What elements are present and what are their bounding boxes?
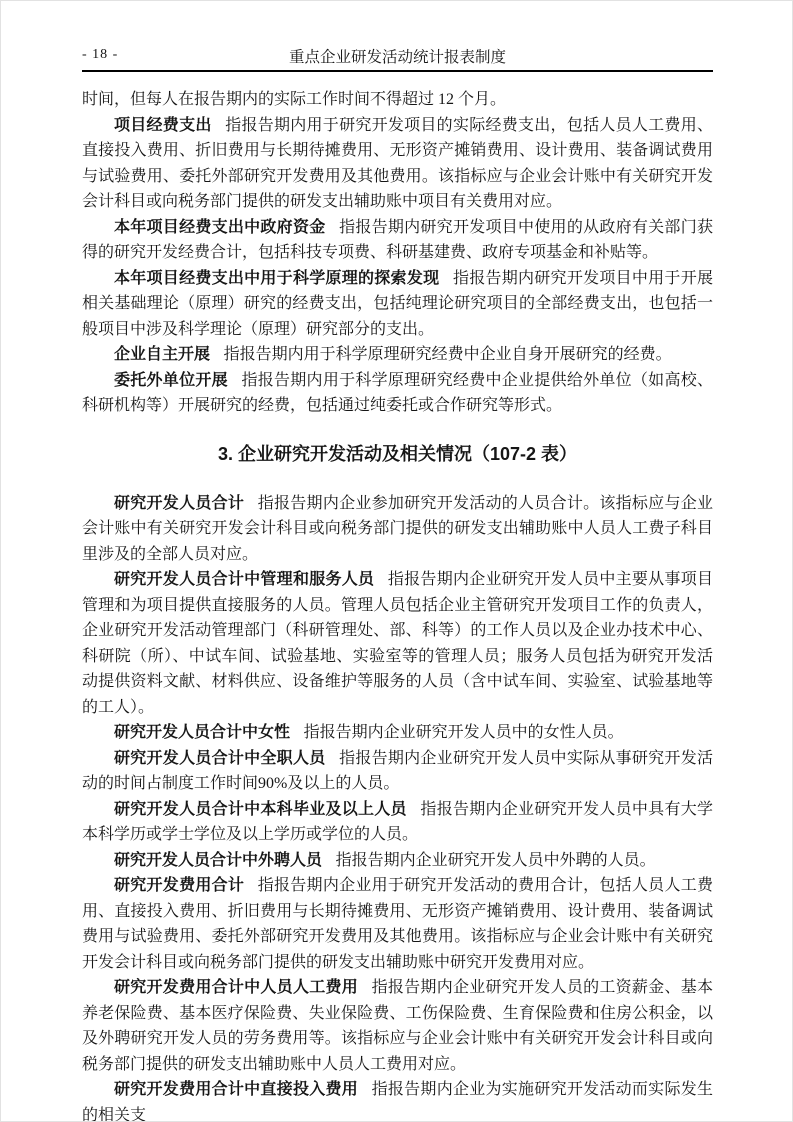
- term-label: 企业自主开展: [114, 346, 210, 363]
- term-label: 本年项目经费支出中用于科学原理的探索发现: [114, 270, 439, 287]
- term-label: 研究开发人员合计中外聘人员: [114, 852, 322, 869]
- term-label: 研究开发人员合计中本科毕业及以上人员: [114, 801, 407, 818]
- term-label: 研究开发人员合计中女性: [114, 724, 290, 741]
- section-heading: 3. 企业研究开发活动及相关情况（107-2 表）: [82, 442, 713, 466]
- definition-text: 时间，但每人在报告期内的实际工作时间不得超过 12 个月。: [82, 91, 506, 108]
- document-page: - 18 - 重点企业研发活动统计报表制度 时间，但每人在报告期内的实际工作时间…: [0, 0, 793, 1122]
- term-label: 委托外单位开展: [114, 372, 228, 389]
- definition-paragraph: 研究开发费用合计中人员人工费用指报告期内企业研究开发人员的工资薪金、基本养老保险…: [82, 975, 713, 1077]
- continuation-paragraph: 时间，但每人在报告期内的实际工作时间不得超过 12 个月。: [82, 87, 713, 113]
- definition-text: 指报告期内企业研究开发人员中主要从事项目管理和为项目提供直接服务的人员。管理人员…: [82, 571, 713, 716]
- definition-paragraph: 研究开发费用合计指报告期内企业用于研究开发活动的费用合计，包括人员人工费用、直接…: [82, 873, 713, 975]
- definition-paragraph: 研究开发人员合计中本科毕业及以上人员指报告期内企业研究开发人员中具有大学本科学历…: [82, 797, 713, 848]
- term-label: 研究开发费用合计中直接投入费用: [114, 1081, 358, 1098]
- definition-paragraph: 项目经费支出指报告期内用于研究开发项目的实际经费支出，包括人员人工费用、直接投入…: [82, 113, 713, 215]
- definition-paragraph: 委托外单位开展指报告期内用于科学原理研究经费中企业提供给外单位（如高校、科研机构…: [82, 368, 713, 419]
- term-label: 本年项目经费支出中政府资金: [114, 219, 325, 236]
- term-label: 研究开发人员合计中全职人员: [114, 750, 325, 767]
- term-label: 研究开发人员合计: [114, 495, 244, 512]
- page-header: - 18 - 重点企业研发活动统计报表制度: [82, 45, 713, 72]
- page-content: 时间，但每人在报告期内的实际工作时间不得超过 12 个月。 项目经费支出指报告期…: [82, 87, 713, 1122]
- definition-paragraph: 研究开发人员合计指报告期内企业参加研究开发活动的人员合计。该指标应与企业会计账中…: [82, 491, 713, 568]
- definition-text: 指报告期内企业研究开发人员中外聘的人员。: [336, 852, 656, 869]
- document-title: 重点企业研发活动统计报表制度: [82, 45, 713, 67]
- definition-paragraph: 研究开发人员合计中管理和服务人员指报告期内企业研究开发人员中主要从事项目管理和为…: [82, 567, 713, 720]
- definition-paragraph: 研究开发费用合计中直接投入费用指报告期内企业为实施研究开发活动而实际发生的相关支: [82, 1077, 713, 1122]
- term-label: 研究开发人员合计中管理和服务人员: [114, 571, 374, 588]
- definition-text: 指报告期内企业研究开发人员中的女性人员。: [304, 724, 624, 741]
- definition-paragraph: 本年项目经费支出中政府资金指报告期内研究开发项目中使用的从政府有关部门获得的研究…: [82, 215, 713, 266]
- term-label: 项目经费支出: [114, 117, 212, 134]
- definition-paragraph: 本年项目经费支出中用于科学原理的探索发现指报告期内研究开发项目中用于开展相关基础…: [82, 266, 713, 343]
- definition-paragraph: 企业自主开展指报告期内用于科学原理研究经费中企业自身开展研究的经费。: [82, 342, 713, 368]
- definition-paragraph: 研究开发人员合计中外聘人员指报告期内企业研究开发人员中外聘的人员。: [82, 848, 713, 874]
- term-label: 研究开发费用合计: [114, 877, 244, 894]
- definition-text: 指报告期内用于科学原理研究经费中企业自身开展研究的经费。: [224, 346, 672, 363]
- definition-paragraph: 研究开发人员合计中女性指报告期内企业研究开发人员中的女性人员。: [82, 720, 713, 746]
- definition-paragraph: 研究开发人员合计中全职人员指报告期内企业研究开发人员中实际从事研究开发活动的时间…: [82, 746, 713, 797]
- term-label: 研究开发费用合计中人员人工费用: [114, 979, 358, 996]
